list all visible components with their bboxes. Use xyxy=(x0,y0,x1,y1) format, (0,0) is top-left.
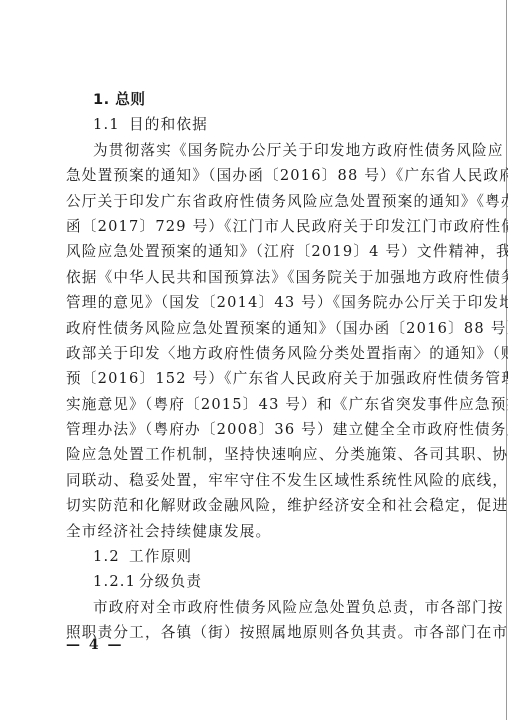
paragraph-line: 依据《中华人民共和国预算法》《国务院关于加强地方政府性债务 xyxy=(66,265,446,290)
paragraph-line: 全市经济社会持续健康发展。 xyxy=(66,519,446,544)
page-number: — 4 — xyxy=(66,637,124,653)
section-number: 1.2 xyxy=(93,544,129,569)
paragraph-line: 急处置预案的通知》（国办函〔2016〕88 号）《广东省人民政府办 xyxy=(66,163,446,188)
paragraph-line: 政部关于印发〈地方政府性债务风险分类处置指南〉的通知》（财 xyxy=(66,341,446,366)
paragraph-purpose: 为贯彻落实《国务院办公厅关于印发地方政府性债务风险应 急处置预案的通知》（国办函… xyxy=(66,138,446,544)
paragraph-line: 市政府对全市政府性债务风险应急处置负总责，市各部门按 xyxy=(66,595,446,620)
paragraph-line: 管理办法》（粤府办〔2008〕36 号）建立健全全市政府性债务风 xyxy=(66,417,446,442)
subsection-title: 分级负责 xyxy=(139,573,202,590)
paragraph-line: 险应急处置工作机制，坚持快速响应、分类施策、各司其职、协 xyxy=(66,442,446,467)
subsection-number: 1.2.1 xyxy=(93,569,139,594)
paragraph-line: 管理的意见》（国发〔2014〕43 号）《国务院办公厅关于印发地方 xyxy=(66,290,446,315)
heading-general-provisions: 1. 总则 xyxy=(66,87,446,112)
section-title: 目的和依据 xyxy=(129,116,208,133)
paragraph-line: 预〔2016〕152 号）《广东省人民政府关于加强政府性债务管理的 xyxy=(66,366,446,391)
heading-number: 1. xyxy=(93,91,110,108)
document-body: 1. 总则 1.1目的和依据 为贯彻落实《国务院办公厅关于印发地方政府性债务风险… xyxy=(66,87,446,646)
section-number: 1.1 xyxy=(93,112,129,137)
section-purpose-and-basis: 1.1目的和依据 xyxy=(66,112,446,137)
paragraph-line: 实施意见》（粤府〔2015〕43 号）和《广东省突发事件应急预案 xyxy=(66,392,446,417)
paragraph-line: 公厅关于印发广东省政府性债务风险应急处置预案的通知》《粤办 xyxy=(66,189,446,214)
paragraph-line: 切实防范和化解财政金融风险，维护经济安全和社会稳定，促进 xyxy=(66,493,446,518)
paragraph-line: 同联动、稳妥处置，牢牢守住不发生区域性系统性风险的底线， xyxy=(66,468,446,493)
paragraph-line: 为贯彻落实《国务院办公厅关于印发地方政府性债务风险应 xyxy=(66,138,446,163)
paragraph-line: 风险应急处置预案的通知》（江府〔2019〕4 号）文件精神，我市 xyxy=(66,239,446,264)
paragraph-line: 函〔2017〕729 号）《江门市人民政府关于印发江门市政府性债务 xyxy=(66,214,446,239)
heading-title: 总则 xyxy=(115,91,145,108)
subsection-graded-responsibility: 1.2.1分级负责 xyxy=(66,569,446,594)
section-title: 工作原则 xyxy=(129,548,192,565)
section-working-principles: 1.2工作原则 xyxy=(66,544,446,569)
paragraph-line: 政府性债务风险应急处置预案的通知》（国办函〔2016〕88 号）《财 xyxy=(66,316,446,341)
document-page: 1. 总则 1.1目的和依据 为贯彻落实《国务院办公厅关于印发地方政府性债务风险… xyxy=(0,0,508,720)
